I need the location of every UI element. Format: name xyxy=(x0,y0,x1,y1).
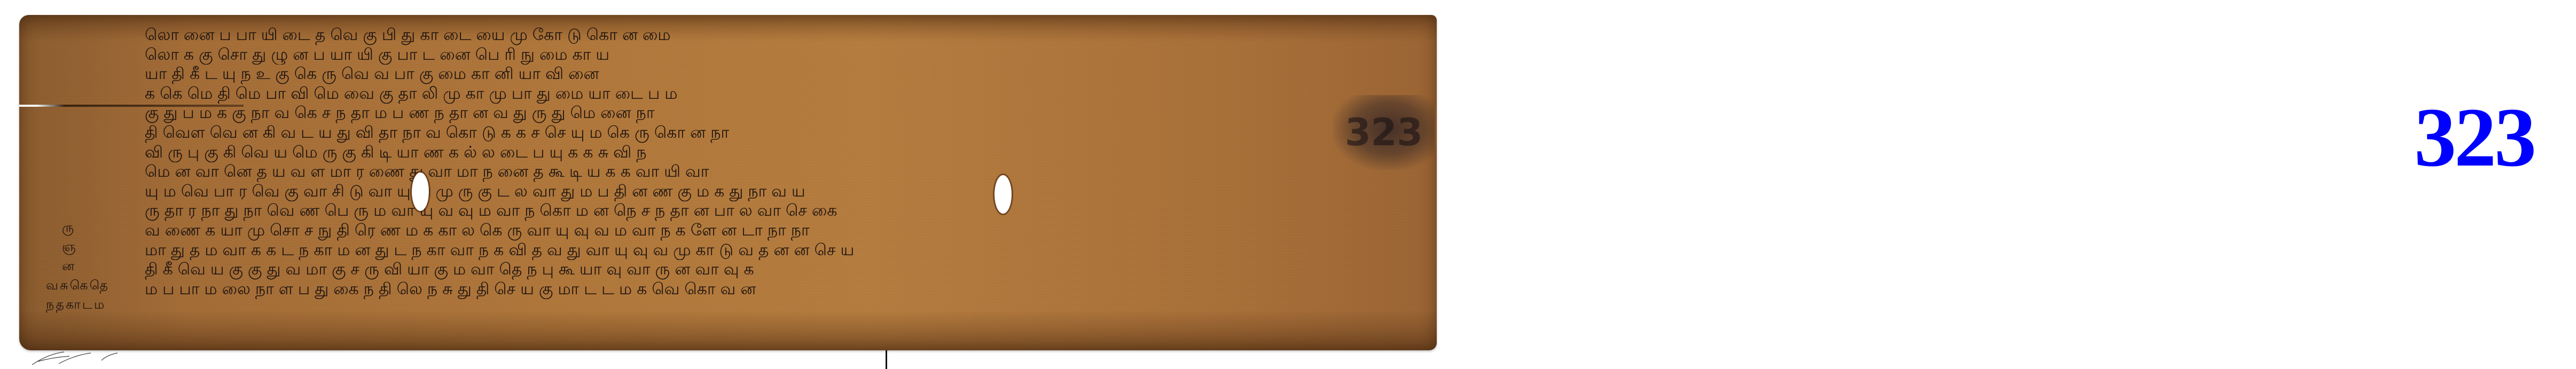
text-line: யாதிகீடயுநஉகுகெருவெவபாகுமைகானியாவினை xyxy=(145,65,1293,84)
scan-divider-line xyxy=(886,350,887,369)
left-margin-notes: ரு ஞ ன வசுகெதெ நதகாடம xyxy=(46,218,109,314)
text-line: திவௌவெனகிவடயதுவிதாநாவகொடுககசசெயுமகெருகொன… xyxy=(145,123,1293,143)
binding-hole-right xyxy=(995,175,1012,214)
frayed-fibers-icon xyxy=(27,350,123,366)
margin-note: நதகாடம xyxy=(46,295,109,314)
palm-leaf-folio: ரு ஞ ன வசுகெதெ நதகாடம லொனைபபாயிடைதவெகுபி… xyxy=(19,15,1437,350)
margin-note: ஞ xyxy=(46,237,109,256)
text-line: மாதுதமவாககடநகாமனதுடநகாவாநகவிதவதுவாயுவுவம… xyxy=(145,241,1293,261)
smudged-folio-number: 323 xyxy=(1333,95,1435,170)
text-line: மபபாமலைநாளபதுகைநதிலெநசுதுதிசெயகுமாடடமகவெ… xyxy=(145,280,1293,300)
text-line: ககெமெதிமெபாவிமெவைகுதாலிமுகாமுபாதுமையாடைப… xyxy=(145,84,1293,104)
text-line: லொனைபபாயிடைதவெகுபிதுகாடையைமுகோடுகொனமை xyxy=(145,26,1293,45)
text-line: லொககுசொதுழுனபயாயிகுபாடனைபெரிநுமைகாய xyxy=(145,45,1293,65)
page-number: 323 xyxy=(2414,95,2534,180)
text-line: ருதாரநாதுநாவெணபெருமவாயுவவுமவாநகொமனநெசநதா… xyxy=(145,201,1293,221)
manuscript-text: லொனைபபாயிடைதவெகுபிதுகாடையைமுகோடுகொனமை லொ… xyxy=(145,26,1293,299)
binding-hole-left xyxy=(412,172,429,211)
text-line: விருபுகுகிவெயமெருகுகிடியாணகல்லடைபயுககசுவ… xyxy=(145,143,1293,163)
margin-note: ன xyxy=(46,256,109,276)
text-line: யுமவெபாரவெகுவாசிடுவாயுவமுருகுடலவாதுமபதின… xyxy=(145,182,1293,202)
margin-note: வசுகெதெ xyxy=(46,276,109,295)
text-line: வணைகயாமுசொசநுதிரெணமககாலகெருவாயுவுவமவாநகள… xyxy=(145,221,1293,241)
text-line: மெனவானெதயவளமாரணைதுவாமாநனைதகூடியககவாயிவா xyxy=(145,162,1293,182)
margin-note: ரு xyxy=(46,218,109,237)
text-line: திகீவெயகுகுதுவமாகுசருவியாகுமவாதெநபுகூயாவ… xyxy=(145,260,1293,280)
text-line: குதுபமககுநாவகெசநதாமபணநதானவதுருதுமெனைநா xyxy=(145,104,1293,123)
